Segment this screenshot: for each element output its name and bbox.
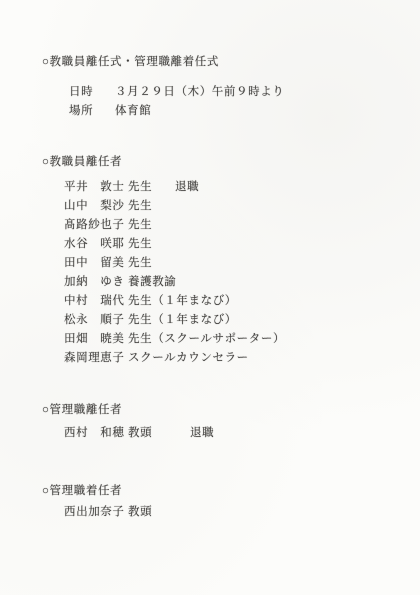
member-note: 退職 bbox=[190, 424, 214, 440]
member-name: 西出加奈子 bbox=[64, 503, 128, 519]
management-departure-list: 西村 和穂 教頭 退職 bbox=[64, 422, 420, 441]
member-name: 水谷 咲耶 bbox=[64, 235, 128, 251]
member-name: 加納 ゆき bbox=[64, 273, 128, 289]
member-name: 田畑 暁美 bbox=[64, 330, 128, 346]
datetime-value: ３月２９日（木）午前９時より bbox=[115, 83, 284, 99]
place-value: 体育館 bbox=[115, 102, 151, 118]
member-row: 加納 ゆき 養護教諭 bbox=[64, 271, 420, 290]
staff-departures-heading: ○教職員離任者 bbox=[42, 155, 420, 169]
member-row: 平井 敦士 先生 退職 bbox=[64, 176, 420, 195]
datetime-label: 日時 bbox=[69, 83, 115, 99]
management-arrivals-heading: ○管理職着任者 bbox=[42, 484, 420, 498]
member-name: 松永 順子 bbox=[64, 311, 128, 327]
ceremony-details: 日時 ３月２９日（木）午前９時より 場所 体育館 bbox=[69, 81, 420, 119]
place-row: 場所 体育館 bbox=[69, 100, 420, 119]
member-title: 先生 bbox=[128, 216, 152, 232]
management-departures-heading: ○管理職離任者 bbox=[42, 403, 420, 417]
member-name: 田中 留美 bbox=[64, 254, 128, 270]
member-title: 先生（スクールサポーター） bbox=[128, 330, 285, 346]
management-departures-section: ○管理職離任者 西村 和穂 教頭 退職 bbox=[0, 403, 420, 441]
member-title: 教頭 bbox=[128, 503, 152, 519]
member-row: 水谷 咲耶 先生 bbox=[64, 233, 420, 252]
member-row: 山中 梨沙 先生 bbox=[64, 195, 420, 214]
member-title: 先生 bbox=[128, 235, 152, 251]
place-label: 場所 bbox=[69, 102, 115, 118]
ceremony-heading: ○教職員離任式・管理職離着任式 bbox=[42, 55, 420, 69]
member-title: スクールカウンセラー bbox=[128, 349, 249, 365]
member-name: 西村 和穂 bbox=[64, 424, 128, 440]
member-row: 田畑 暁美 先生（スクールサポーター） bbox=[64, 328, 420, 347]
datetime-row: 日時 ３月２９日（木）午前９時より bbox=[69, 81, 420, 100]
member-title: 教頭 bbox=[128, 424, 152, 440]
member-row: 髙路紗也子 先生 bbox=[64, 214, 420, 233]
scanned-document-page: ○教職員離任式・管理職離着任式 日時 ３月２９日（木）午前９時より 場所 体育館… bbox=[0, 0, 420, 595]
member-title: 先生 bbox=[128, 197, 152, 213]
member-title: 先生 bbox=[128, 254, 152, 270]
member-row: 松永 順子 先生（１年まなび） bbox=[64, 309, 420, 328]
member-title: 先生 bbox=[128, 178, 152, 194]
member-row: 中村 瑞代 先生（１年まなび） bbox=[64, 290, 420, 309]
member-name: 平井 敦士 bbox=[64, 178, 128, 194]
staff-departures-section: ○教職員離任者 平井 敦士 先生 退職 山中 梨沙 先生 髙路紗也子 先生 水谷… bbox=[0, 155, 420, 366]
member-title: 養護教諭 bbox=[128, 273, 176, 289]
management-arrivals-section: ○管理職着任者 西出加奈子 教頭 bbox=[0, 484, 420, 520]
member-row: 田中 留美 先生 bbox=[64, 252, 420, 271]
member-note: 退職 bbox=[175, 178, 199, 194]
member-row: 西村 和穂 教頭 退職 bbox=[64, 422, 420, 441]
member-row: 森岡理恵子 スクールカウンセラー bbox=[64, 347, 420, 366]
member-name: 髙路紗也子 bbox=[64, 216, 128, 232]
member-title: 先生（１年まなび） bbox=[128, 292, 237, 308]
ceremony-section: ○教職員離任式・管理職離着任式 日時 ３月２９日（木）午前９時より 場所 体育館 bbox=[0, 55, 420, 119]
member-name: 中村 瑞代 bbox=[64, 292, 128, 308]
management-arrival-list: 西出加奈子 教頭 bbox=[64, 501, 420, 520]
staff-departure-list: 平井 敦士 先生 退職 山中 梨沙 先生 髙路紗也子 先生 水谷 咲耶 先生 田… bbox=[64, 176, 420, 366]
member-name: 山中 梨沙 bbox=[64, 197, 128, 213]
member-row: 西出加奈子 教頭 bbox=[64, 501, 420, 520]
member-title: 先生（１年まなび） bbox=[128, 311, 237, 327]
member-name: 森岡理恵子 bbox=[64, 349, 128, 365]
